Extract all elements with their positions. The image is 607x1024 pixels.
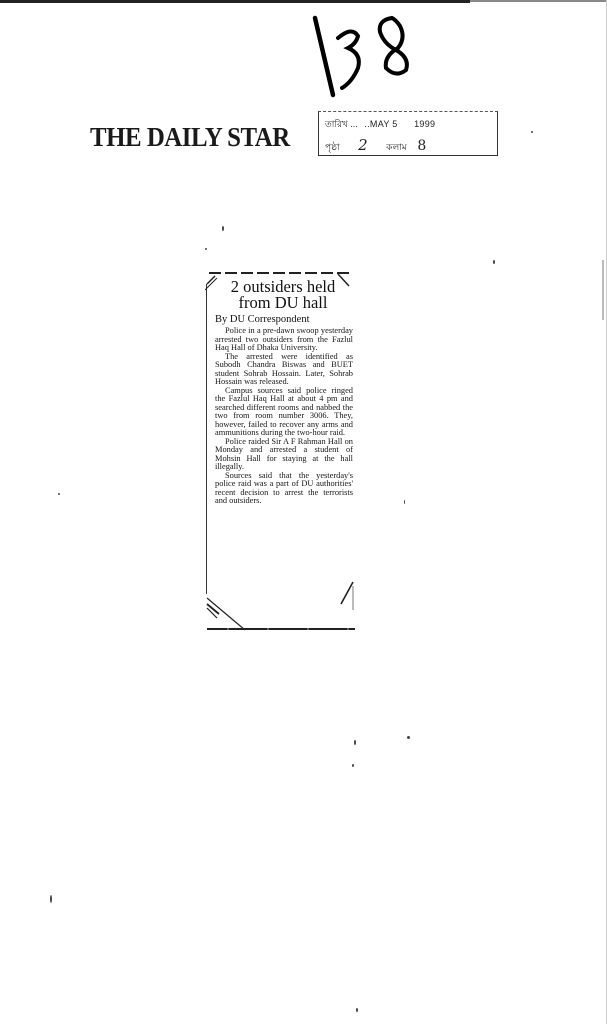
scan-speck <box>407 736 410 739</box>
scan-top-edge <box>0 0 470 3</box>
stamp-column-value: 8 <box>417 138 426 154</box>
stamp-date-label: তারিখ ... <box>325 119 358 129</box>
stamp-page-label: পৃষ্ঠা <box>325 142 340 152</box>
scan-speck <box>404 500 405 504</box>
article-paragraph: Police in a pre-dawn swoop yesterday arr… <box>215 327 353 353</box>
scan-speck <box>356 1008 358 1012</box>
article-paragraph: Police raided Sir A F Rahman Hall on Mon… <box>215 438 353 472</box>
scan-speck <box>205 248 207 250</box>
scan-top-edge-faint <box>470 0 607 2</box>
handwritten-138-icon <box>300 10 430 100</box>
article-clipping: 2 outsiders held from DU hall By DU Corr… <box>205 270 355 632</box>
article-byline: By DU Correspondent <box>215 314 310 325</box>
article-body: Police in a pre-dawn swoop yesterday arr… <box>215 327 353 506</box>
stamp-year: 1999 <box>414 119 435 129</box>
article-paragraph: The arrested were identified as Subodh C… <box>215 353 353 387</box>
stamp-date-value: ..MAY 5 <box>364 119 397 129</box>
scan-speck <box>50 895 52 903</box>
headline-line-2: from DU hall <box>213 295 353 311</box>
archive-date-stamp: তারিখ ... ..MAY 5 1999 পৃষ্ঠা 2 কলাম 8 <box>318 111 498 156</box>
handwritten-archive-number <box>300 10 430 100</box>
scan-speck <box>222 226 224 231</box>
newspaper-masthead: THE DAILY STAR <box>90 122 290 153</box>
stamp-column-label: কলাম <box>386 142 407 152</box>
scan-speck <box>58 493 60 495</box>
scan-speck <box>354 740 356 745</box>
article-paragraph: Sources said that the yesterday's police… <box>215 472 353 506</box>
article-paragraph: Campus sources said police ringed the Fa… <box>215 387 353 438</box>
scan-speck <box>493 260 495 264</box>
scan-speck <box>531 131 533 133</box>
scan-speck <box>352 764 354 767</box>
article-headline: 2 outsiders held from DU hall <box>213 279 353 311</box>
stamp-page-value: 2 <box>358 136 368 154</box>
scan-edge-noise <box>602 260 604 320</box>
